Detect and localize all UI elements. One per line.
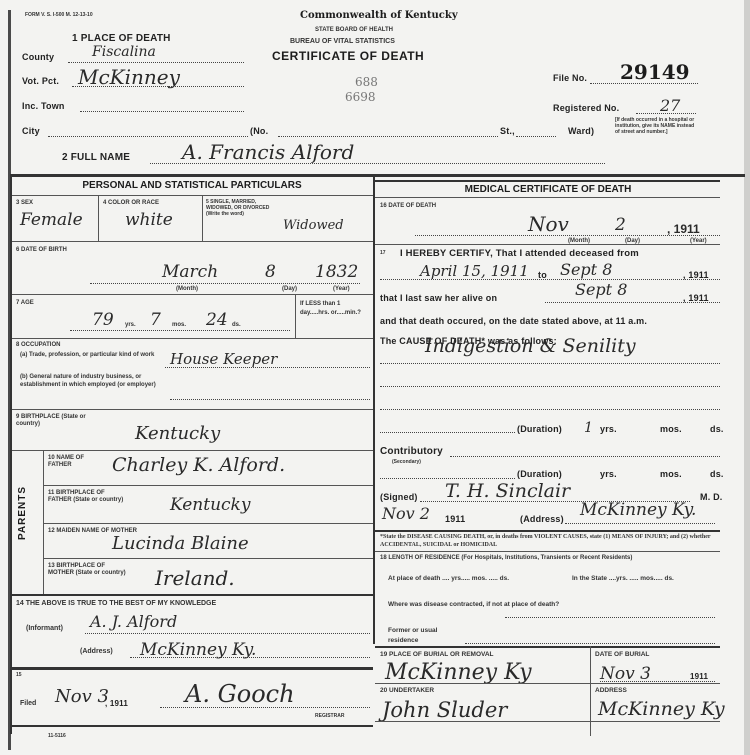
vot-pct-value: McKinney [78, 65, 180, 89]
birthplace-value: Kentucky [135, 423, 220, 444]
footer-code: 11-5116 [48, 733, 66, 739]
file-no-value: 29149 [620, 60, 690, 84]
last-saw-date: Sept 8 [575, 280, 627, 299]
registered-no-value: 27 [660, 96, 680, 115]
pencil-note-2: 6698 [345, 90, 376, 104]
signed-label: (Signed) [380, 492, 418, 502]
physician-signature: T. H. Sinclair [445, 480, 570, 502]
undertaker-label: 20 UNDERTAKER [380, 687, 434, 694]
undertaker-address-value: McKinney Ky [598, 698, 725, 720]
attended-from: April 15, 1911 [420, 262, 529, 280]
former-residence: Former or usual residence [388, 626, 468, 646]
undertaker-address-label: ADDRESS [595, 687, 627, 694]
personal-section-title: PERSONAL AND STATISTICAL PARTICULARS [14, 180, 370, 191]
age-months: 7 [150, 310, 161, 330]
board-title: STATE BOARD OF HEALTH [315, 27, 393, 33]
full-name-value: A. Francis Alford [182, 140, 354, 164]
attended-to-year: , 1911 [683, 270, 709, 280]
undertaker-value: John Sluder [382, 698, 507, 722]
occupation-b-label: (b) General nature of industry business,… [20, 373, 170, 389]
dob-month: March [162, 262, 218, 282]
occupation-value: House Keeper [170, 350, 277, 368]
mother-name-value: Lucinda Blaine [112, 533, 249, 554]
dod-label: 16 DATE OF DEATH [380, 203, 436, 209]
occupation-label: 8 OCCUPATION [16, 342, 60, 348]
secondary-label: (Secondary) [392, 459, 421, 465]
duration-value: 1 [584, 420, 593, 436]
to-label: to [538, 270, 547, 280]
filed-year: , 1911 [105, 699, 128, 708]
burial-place-label: 19 PLACE OF BURIAL OR REMOVAL [380, 651, 494, 658]
where-contracted: Where was disease contracted, if not at … [388, 600, 718, 610]
place-of-death-heading: 1 PLACE OF DEATH [72, 33, 171, 44]
section-15-number: 15 [16, 672, 22, 678]
street-number-label: (No. [250, 126, 268, 136]
occupation-a-label: (a) Trade, profession, or particular kin… [20, 352, 165, 359]
contrib-yrs-label: yrs. [600, 469, 617, 479]
birthplace-label: 9 BIRTHPLACE (State or country) [16, 414, 106, 428]
certify-number: 17 [380, 250, 386, 256]
cause-footnote: *State the DISEASE CAUSING DEATH, or, in… [380, 533, 720, 549]
father-name-label: 10 NAME OF FATHER [48, 455, 108, 469]
physician-address-label: (Address) [520, 514, 564, 524]
form-code: FORM V. S. I-500 M. 12-13-10 [25, 12, 93, 18]
less-than-day-label: If LESS than 1 day.....hrs. or.....min.? [300, 300, 370, 318]
signed-date: Nov 2 [382, 504, 430, 523]
filed-date: Nov 3 [55, 686, 109, 707]
commonwealth-title: Commonwealth of Kentucky [300, 10, 458, 21]
dob-year: 1832 [315, 262, 358, 282]
contributory-duration-label: (Duration) [517, 469, 562, 479]
dob-day: 8 [265, 262, 276, 282]
vot-pct-label: Vot. Pct. [22, 76, 59, 86]
month-caption: (Month) [176, 286, 198, 292]
full-name-label: 2 FULL NAME [62, 152, 130, 163]
certify-statement: I HEREBY CERTIFY, That I attended deceas… [400, 248, 639, 259]
pencil-note-1: 688 [355, 75, 378, 89]
last-saw-label: that I last saw her alive on [380, 293, 497, 303]
sex-value: Female [20, 210, 83, 230]
town-label: Inc. Town [22, 101, 65, 111]
city-label: City [22, 126, 40, 136]
father-name-value: Charley K. Alford. [112, 454, 285, 476]
ds-label: ds. [232, 322, 241, 328]
dod-year: , 1911 [667, 222, 700, 236]
sex-label: 3 SEX [16, 200, 33, 206]
contributory-label: Contributory [380, 446, 443, 457]
informant-value: A. J. Alford [90, 612, 177, 631]
attended-to: Sept 8 [560, 260, 612, 279]
father-birthplace-value: Kentucky [170, 495, 250, 515]
dob-label: 6 DATE OF BIRTH [16, 247, 67, 253]
mother-birthplace-value: Ireland. [155, 566, 235, 590]
mother-birthplace-label: 13 BIRTHPLACE OF MOTHER (State or countr… [48, 563, 128, 577]
death-certificate: FORM V. S. I-500 M. 12-13-10 Commonwealt… [0, 0, 750, 755]
race-value: white [125, 210, 173, 230]
year-caption: (Year) [333, 286, 350, 292]
informant-address-value: McKinney Ky. [140, 640, 256, 660]
filed-label: Filed [20, 700, 36, 707]
age-years: 79 [92, 310, 114, 330]
marital-status-value: Widowed [283, 218, 344, 233]
ward-label: Ward) [568, 126, 594, 136]
duration-mos-label: mos. [660, 424, 682, 434]
death-occurred-statement: and that death occured, on the date stat… [380, 316, 647, 326]
informant-address-label: (Address) [80, 648, 113, 655]
knowledge-statement: 14 THE ABOVE IS TRUE TO THE BEST OF MY K… [16, 600, 216, 607]
burial-date-label: DATE OF BURIAL [595, 651, 649, 658]
dod-day: 2 [615, 215, 626, 235]
right-edge [744, 0, 750, 755]
race-label: 4 COLOR OR RACE [103, 200, 159, 206]
file-no-label: File No. [553, 73, 587, 83]
registrar-signature: A. Gooch [185, 680, 295, 708]
dod-month: Nov [528, 212, 569, 236]
bureau-title: BUREAU OF VITAL STATISTICS [290, 38, 395, 45]
parents-label: PARENTS [17, 486, 28, 540]
registered-no-label: Registered No. [553, 103, 619, 113]
residence-label: 18 LENGTH OF RESIDENCE (For Hospitals, I… [380, 554, 720, 562]
cause-value: Indigestion & Senility [425, 335, 636, 357]
duration-ds-label: ds. [710, 424, 724, 434]
age-label: 7 AGE [16, 300, 34, 306]
last-saw-year: , 1911 [683, 293, 709, 303]
duration-yrs-label: yrs. [600, 424, 617, 434]
informant-label: (Informant) [26, 625, 63, 632]
marital-status-label: 5 SINGLE, MARRIED, WIDOWED, OR DIVORCED … [206, 199, 278, 217]
hospital-note: [If death occurred in a hospital or inst… [615, 117, 695, 135]
residence-in-state: In the State ....yrs. ..... mos..... ds. [572, 574, 720, 584]
father-birthplace-label: 11 BIRTHPLACE OF FATHER (State or countr… [48, 490, 128, 504]
yrs-label: yrs. [125, 322, 136, 328]
burial-year: 1911 [690, 672, 708, 681]
md-label: M. D. [700, 492, 723, 502]
physician-address-value: McKinney Ky. [580, 500, 696, 520]
contrib-ds-label: ds. [710, 469, 724, 479]
registrar-label: REGISTRAR [315, 713, 344, 719]
day-caption: (Day) [282, 286, 297, 292]
contrib-mos-label: mos. [660, 469, 682, 479]
certificate-title: CERTIFICATE OF DEATH [272, 49, 424, 63]
county-value: Fiscalina [92, 44, 156, 60]
duration-label: (Duration) [517, 424, 562, 434]
signed-year: 1911 [445, 514, 465, 524]
mos-label: mos. [172, 322, 186, 328]
street-label: St., [500, 126, 515, 136]
medical-section-title: MEDICAL CERTIFICATE OF DEATH [378, 184, 718, 195]
age-days: 24 [206, 310, 228, 330]
burial-place-value: McKinney Ky [385, 660, 532, 685]
county-label: County [22, 52, 54, 62]
residence-at-place: At place of death .... yrs..... mos. ...… [388, 574, 558, 584]
